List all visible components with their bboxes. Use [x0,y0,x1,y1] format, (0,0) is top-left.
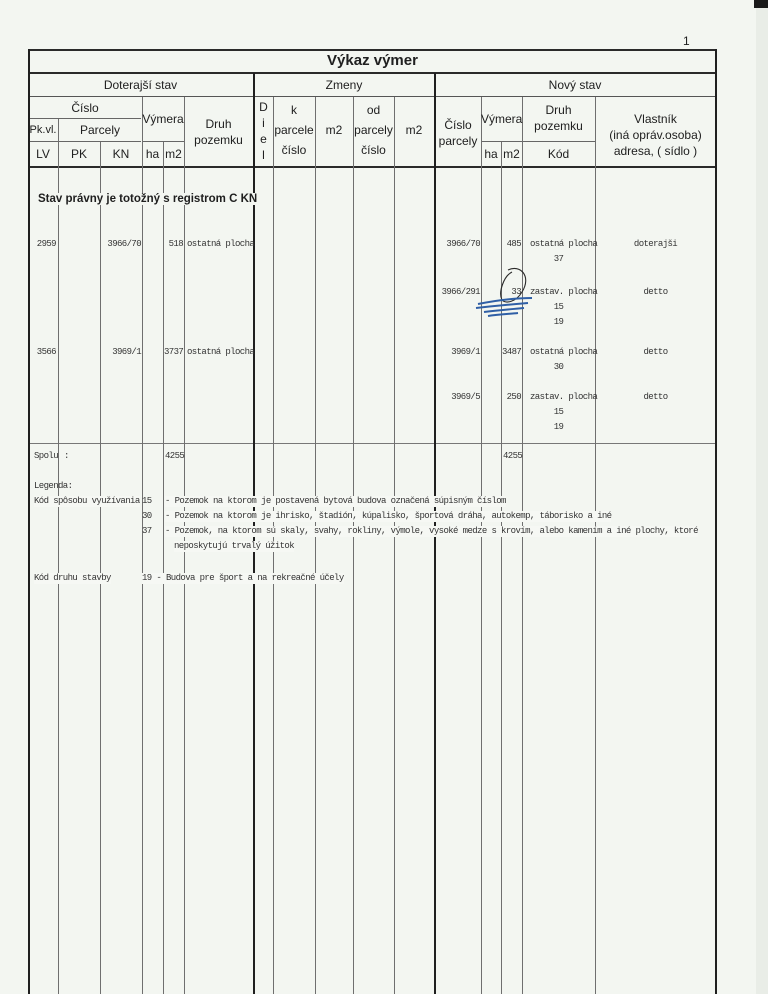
header-diel-d: D [254,100,273,115]
legend-usage-2-code: 30 [142,511,152,522]
header-kn: KN [100,147,142,162]
header-druh: Druh [184,117,253,132]
old-row-1-lv: 2959 [30,239,56,250]
header-od-parcely: parcely [353,123,394,138]
header-vlastnik: Vlastník [596,112,715,127]
header-k-cislo: číslo [273,143,315,158]
old-row-1-kn: 3966/70 [101,239,141,250]
rule-sections [28,96,717,97]
legend-usage-3-code: 37 [142,526,152,537]
section-zmeny: Zmeny [254,78,434,93]
old-row-1-m2: 518 [164,239,183,250]
old-row-2-kn: 3969/1 [101,347,141,358]
legend-usage-1-code: 15 [142,496,152,507]
col-m2a-left [315,97,316,994]
section-doterajsi: Doterajší stav [28,78,253,93]
header-diel-e: e [254,132,273,147]
col-nov-druh-left [522,97,523,994]
new-row-3-kod-1: 30 [522,362,595,373]
header-pkvl: Pk.vl. [28,123,58,138]
new-row-1-vlastnik: doterajši [596,239,715,250]
scan-edge [756,0,768,994]
col-vymera-left [142,97,143,994]
header-cislo: Číslo [28,101,142,116]
new-row-3-vlastnik: detto [596,347,715,358]
col-m2b-left [394,97,395,994]
new-row-4-druh: zastav. plocha [530,392,597,403]
totals-old-m2: 4255 [165,451,184,462]
new-row-4-vlastnik: detto [596,392,715,403]
header-ha: ha [142,147,163,162]
header-lv: LV [28,147,58,162]
header-m2: m2 [163,147,184,162]
header-k: k [273,103,315,118]
header-od: od [353,103,394,118]
header-diel-i: i [254,116,273,131]
col-nov-vymera-left [481,97,482,994]
scan-corner-mark [754,0,768,8]
legend-usage-2-text: - Pozemok na ktorom je ihrisko, štadión,… [165,511,611,522]
header-nov-vymera: Výmera [481,112,522,127]
new-row-1-m2: 485 [502,239,521,250]
totals-colon: : [64,451,69,462]
rule-title [28,72,717,74]
legend-usage-1-text: - Pozemok na ktorom je postavená bytová … [165,496,506,507]
legend-usage-3-cont: neposkytujú trvalý úžitok [174,541,294,552]
header-pozemku: pozemku [184,133,253,148]
border-right [715,49,717,994]
legend-building-label: Kód druhu stavby [34,573,111,584]
new-row-4-kod-1: 15 [522,407,595,418]
new-row-2-druh: zastav. plocha [530,287,597,298]
header-vlastnik-adresa: adresa, ( sídlo ) [596,144,715,159]
header-vymera: Výmera [142,112,184,127]
col-od-left [353,97,354,994]
legend-usage-label: Kód spôsobu využívania [34,496,140,507]
header-nov-m2: m2 [501,147,522,162]
totals-label: Spolu [34,451,58,462]
new-row-1-druh: ostatná plocha [530,239,597,250]
col-m2-left [163,142,164,994]
col-vlastnik-left [595,97,596,994]
header-nov-cislo: Číslo [435,118,481,133]
rule-top [28,49,717,51]
new-row-4-kod-2: 19 [522,422,595,433]
border-left [28,49,30,994]
header-od-cislo: číslo [353,143,394,158]
header-parcely: Parcely [58,123,142,138]
header-parcele: parcele [273,123,315,138]
rule-header-bottom [28,166,717,168]
new-row-4-cislo: 3969/5 [436,392,480,403]
rule-nov-druh [522,141,595,142]
col-kn-left [100,142,101,994]
header-vlastnik-ina: (iná opráv.osoba) [596,128,715,143]
header-nov-parcely: parcely [435,134,481,149]
rule-parcely [28,141,141,142]
header-zm-m2a: m2 [315,123,353,138]
header-nov-druh: Druh [522,103,595,118]
rule-totals [28,443,717,444]
rule-cislo [28,118,141,119]
legend-building-text: 19 - Budova pre šport a na rekreačné úče… [142,573,344,584]
new-row-1-cislo: 3966/70 [436,239,480,250]
header-nov-kod: Kód [522,147,595,162]
old-row-2-druh: ostatná plocha [187,347,254,358]
new-row-2-vlastnik: detto [596,287,715,298]
new-row-4-m2: 250 [502,392,521,403]
col-pk-left [58,119,59,994]
header-nov-pozemku: pozemku [522,119,595,134]
handwritten-mark-icon [470,262,540,324]
old-row-2-m2: 3737 [164,347,183,358]
legend-title: Legenda: [34,481,72,492]
section-novy: Nový stav [435,78,715,93]
totals-new-m2: 4255 [503,451,522,462]
legal-status-note: Stav právny je totožný s registrom C KN [38,193,257,205]
header-diel-l: l [254,148,273,163]
legend-usage-3-text: - Pozemok, na ktorom sú skaly, svahy, ro… [165,526,698,537]
document-title: Výkaz výmer [28,53,717,68]
old-row-2-lv: 3566 [30,347,56,358]
header-nov-ha: ha [481,147,501,162]
page-number: 1 [683,34,690,48]
header-zm-m2b: m2 [394,123,434,138]
header-pk: PK [58,147,100,162]
new-row-3-cislo: 3969/1 [436,347,480,358]
new-row-3-m2: 3487 [502,347,521,358]
old-row-1-druh: ostatná plocha [187,239,254,250]
new-row-3-druh: ostatná plocha [530,347,597,358]
